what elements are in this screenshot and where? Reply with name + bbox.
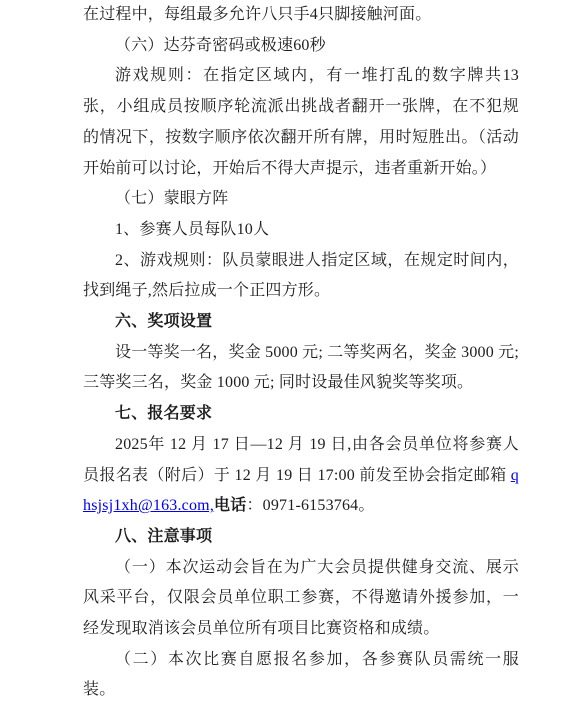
heading-notes: 八、注意事项 [83, 522, 519, 553]
document-page: 在过程中，每组最多允许八只手4只脚接触河面。 （六）达芬奇密码或极速60秒 游戏… [0, 0, 586, 713]
para-davinci-game-rules: 游戏规则：在指定区域内，有一堆打乱的数字牌共13张，小组成员按顺序轮流派出挑战者… [83, 61, 519, 184]
para-item6-davinci-title: （六）达芬奇密码或极速60秒 [83, 31, 519, 62]
para-item7-blindfold-title: （七）蒙眼方阵 [83, 184, 519, 215]
heading-registration-requirements: 七、报名要求 [83, 399, 519, 430]
para-river-contact-rule: 在过程中，每组最多允许八只手4只脚接触河面。 [83, 0, 519, 31]
registration-dates-text: 2025年 12 月 17 日—12 月 19 日,由各会员单位将参赛人员报名表… [83, 436, 519, 484]
phone-number: ：0971-6153764。 [246, 497, 374, 514]
heading-awards-setup: 六、奖项设置 [83, 307, 519, 338]
para-blindfold-game-rules: 2、游戏规则：队员蒙眼进人指定区域，在规定时间内，找到绳子,然后拉成一个正四方形… [83, 246, 519, 307]
phone-label: 电话 [214, 497, 246, 514]
para-awards-detail: 设一等奖一名，奖金 5000 元; 二等奖两名，奖金 3000 元; 三等奖三名… [83, 338, 519, 399]
para-note-1: （一）本次运动会旨在为广大会员提供健身交流、展示风采平台，仅限会员单位职工参赛，… [83, 553, 519, 645]
para-blindfold-participants: 1、参赛人员每队10人 [83, 215, 519, 246]
document-content: 在过程中，每组最多允许八只手4只脚接触河面。 （六）达芬奇密码或极速60秒 游戏… [83, 0, 519, 706]
para-registration-detail: 2025年 12 月 17 日—12 月 19 日,由各会员单位将参赛人员报名表… [83, 430, 519, 522]
para-note-2: （二）本次比赛自愿报名参加，各参赛队员需统一服装。 [83, 645, 519, 706]
